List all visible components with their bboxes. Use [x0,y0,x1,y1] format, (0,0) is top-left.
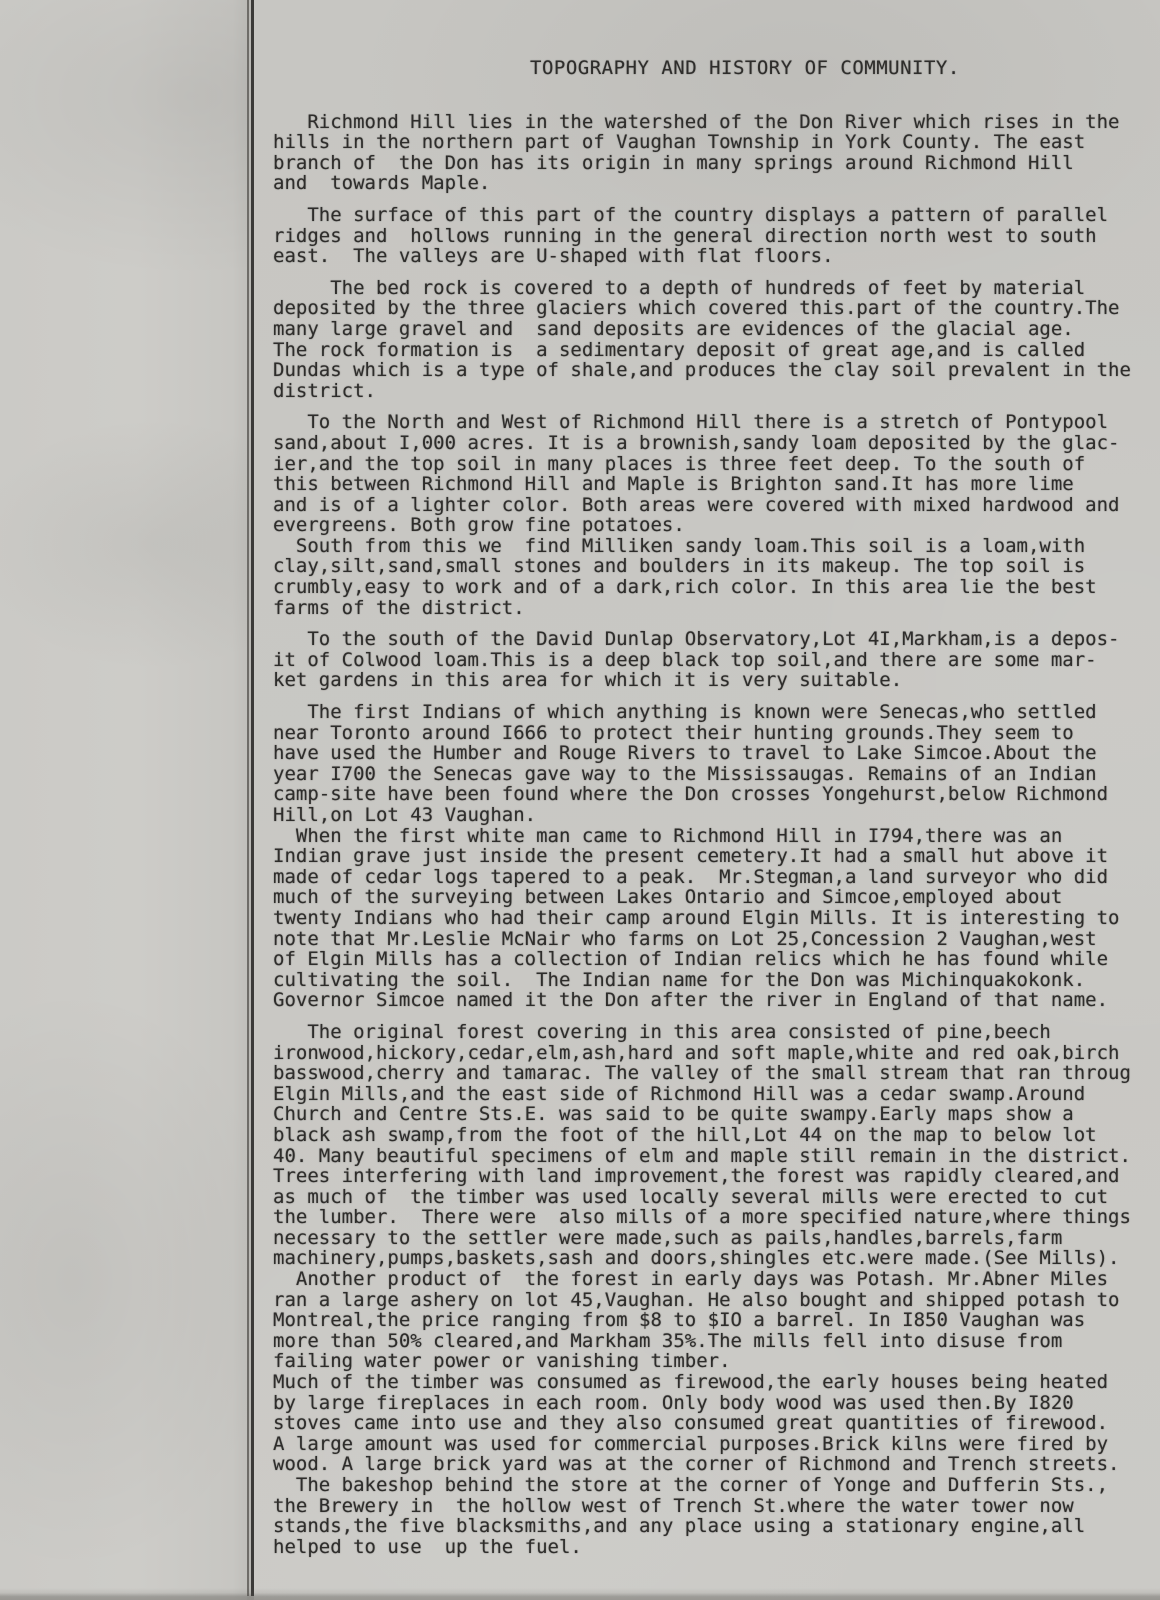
binding-rule-outer [247,0,249,1596]
text-line: much of the surveying between Lakes Onta… [273,887,1153,908]
text-line: ier,and the top soil in many places is t… [273,454,1153,475]
facing-page-margin [0,0,247,1600]
text-line: year I700 the Senecas gave way to the Mi… [273,764,1153,785]
paragraph: South from this we find Milliken sandy l… [273,536,1153,618]
text-line: black ash swamp,from the foot of the hil… [273,1125,1153,1146]
text-line: The rock formation is a sedimentary depo… [273,340,1153,361]
text-line: To the south of the David Dunlap Observa… [273,629,1153,650]
paragraph: The surface of this part of the country … [273,205,1153,267]
text-line: it of Colwood loam.This is a deep black … [273,650,1153,671]
text-line: Trees interfering with land improvement,… [273,1166,1153,1187]
text-line: clay,silt,sand,small stones and boulders… [273,556,1153,577]
text-line: hills in the northern part of Vaughan To… [273,132,1153,153]
paragraph: The bed rock is covered to a depth of hu… [273,278,1153,402]
text-line: and towards Maple. [273,173,1153,194]
text-line: branch of the Don has its origin in many… [273,153,1153,174]
text-line: 40. Many beautiful specimens of elm and … [273,1146,1153,1167]
text-line: A large amount was used for commercial p… [273,1434,1153,1455]
document-body: Richmond Hill lies in the watershed of t… [273,112,1153,1558]
paragraph: To the south of the David Dunlap Observa… [273,629,1153,691]
paragraph: The first Indians of which anything is k… [273,702,1153,826]
text-line: Dundas which is a type of shale,and prod… [273,360,1153,381]
text-line: ket gardens in this area for which it is… [273,670,1153,691]
text-line: district. [273,381,1153,402]
text-line: When the first white man came to Richmon… [273,826,1153,847]
text-line: helped to use up the fuel. [273,1537,1153,1558]
text-line: machinery,pumps,baskets,sash and doors,s… [273,1248,1153,1269]
text-line: Governor Simcoe named it the Don after t… [273,990,1153,1011]
text-line: crumbly,easy to work and of a dark,rich … [273,577,1153,598]
text-line: failing water power or vanishing timber. [273,1351,1153,1372]
text-line: ran a large ashery on lot 45,Vaughan. He… [273,1290,1153,1311]
text-line: of Elgin Mills has a collection of India… [273,949,1153,970]
text-line: and is of a lighter color. Both areas we… [273,495,1153,516]
text-line: this between Richmond Hill and Maple is … [273,474,1153,495]
text-line: camp-site have been found where the Don … [273,784,1153,805]
text-line: farms of the district. [273,598,1153,619]
page-content: TOPOGRAPHY AND HISTORY OF COMMUNITY. Ric… [273,58,1153,1557]
scanned-page-photo: TOPOGRAPHY AND HISTORY OF COMMUNITY. Ric… [0,0,1160,1600]
text-line: near Toronto around I666 to protect thei… [273,723,1153,744]
text-line: South from this we find Milliken sandy l… [273,536,1153,557]
text-line: Indian grave just inside the present cem… [273,846,1153,867]
paragraph: The original forest covering in this are… [273,1022,1153,1269]
text-line: Hill,on Lot 43 Vaughan. [273,805,1153,826]
text-line: Much of the timber was consumed as firew… [273,1372,1153,1393]
text-line: The bakeshop behind the store at the cor… [273,1475,1153,1496]
text-line: Another product of the forest in early d… [273,1269,1153,1290]
paragraph: Richmond Hill lies in the watershed of t… [273,112,1153,194]
text-line: The first Indians of which anything is k… [273,702,1153,723]
text-line: Elgin Mills,and the east side of Richmon… [273,1084,1153,1105]
paragraph: To the North and West of Richmond Hill t… [273,412,1153,536]
text-line: Church and Centre Sts.E. was said to be … [273,1104,1153,1125]
text-line: stands,the five blacksmiths,and any plac… [273,1516,1153,1537]
text-line: east. The valleys are U-shaped with flat… [273,246,1153,267]
text-line: Richmond Hill lies in the watershed of t… [273,112,1153,133]
text-line: more than 50% cleared,and Markham 35%.Th… [273,1331,1153,1352]
text-line: deposited by the three glaciers which co… [273,298,1153,319]
text-line: the Brewery in the hollow west of Trench… [273,1496,1153,1517]
text-line: twenty Indians who had their camp around… [273,908,1153,929]
text-line: The bed rock is covered to a depth of hu… [273,278,1153,299]
text-line: sand,about I,000 acres. It is a brownish… [273,433,1153,454]
photo-bottom-edge [0,1588,1160,1600]
text-line: many large gravel and sand deposits are … [273,319,1153,340]
text-line: have used the Humber and Rouge Rivers to… [273,743,1153,764]
text-line: ironwood,hickory,cedar,elm,ash,hard and … [273,1043,1153,1064]
text-line: made of cedar logs tapered to a peak. Mr… [273,867,1153,888]
text-line: as much of the timber was used locally s… [273,1187,1153,1208]
text-line: evergreens. Both grow fine potatoes. [273,515,1153,536]
text-line: ridges and hollows running in the genera… [273,226,1153,247]
text-line: necessary to the settler were made,such … [273,1228,1153,1249]
text-line: Montreal,the price ranging from $8 to $I… [273,1310,1153,1331]
text-line: the lumber. There were also mills of a m… [273,1207,1153,1228]
page-title: TOPOGRAPHY AND HISTORY OF COMMUNITY. [273,58,1153,79]
text-line: by large fireplaces in each room. Only b… [273,1393,1153,1414]
text-line: basswood,cherry and tamarac. The valley … [273,1063,1153,1084]
text-line: note that Mr.Leslie McNair who farms on … [273,929,1153,950]
text-line: wood. A large brick yard was at the corn… [273,1454,1153,1475]
paragraph: When the first white man came to Richmon… [273,826,1153,1011]
text-line: The surface of this part of the country … [273,205,1153,226]
text-line: To the North and West of Richmond Hill t… [273,412,1153,433]
paragraph: Another product of the forest in early d… [273,1269,1153,1557]
text-line: cultivating the soil. The Indian name fo… [273,970,1153,991]
text-line: The original forest covering in this are… [273,1022,1153,1043]
text-line: stoves came into use and they also consu… [273,1413,1153,1434]
